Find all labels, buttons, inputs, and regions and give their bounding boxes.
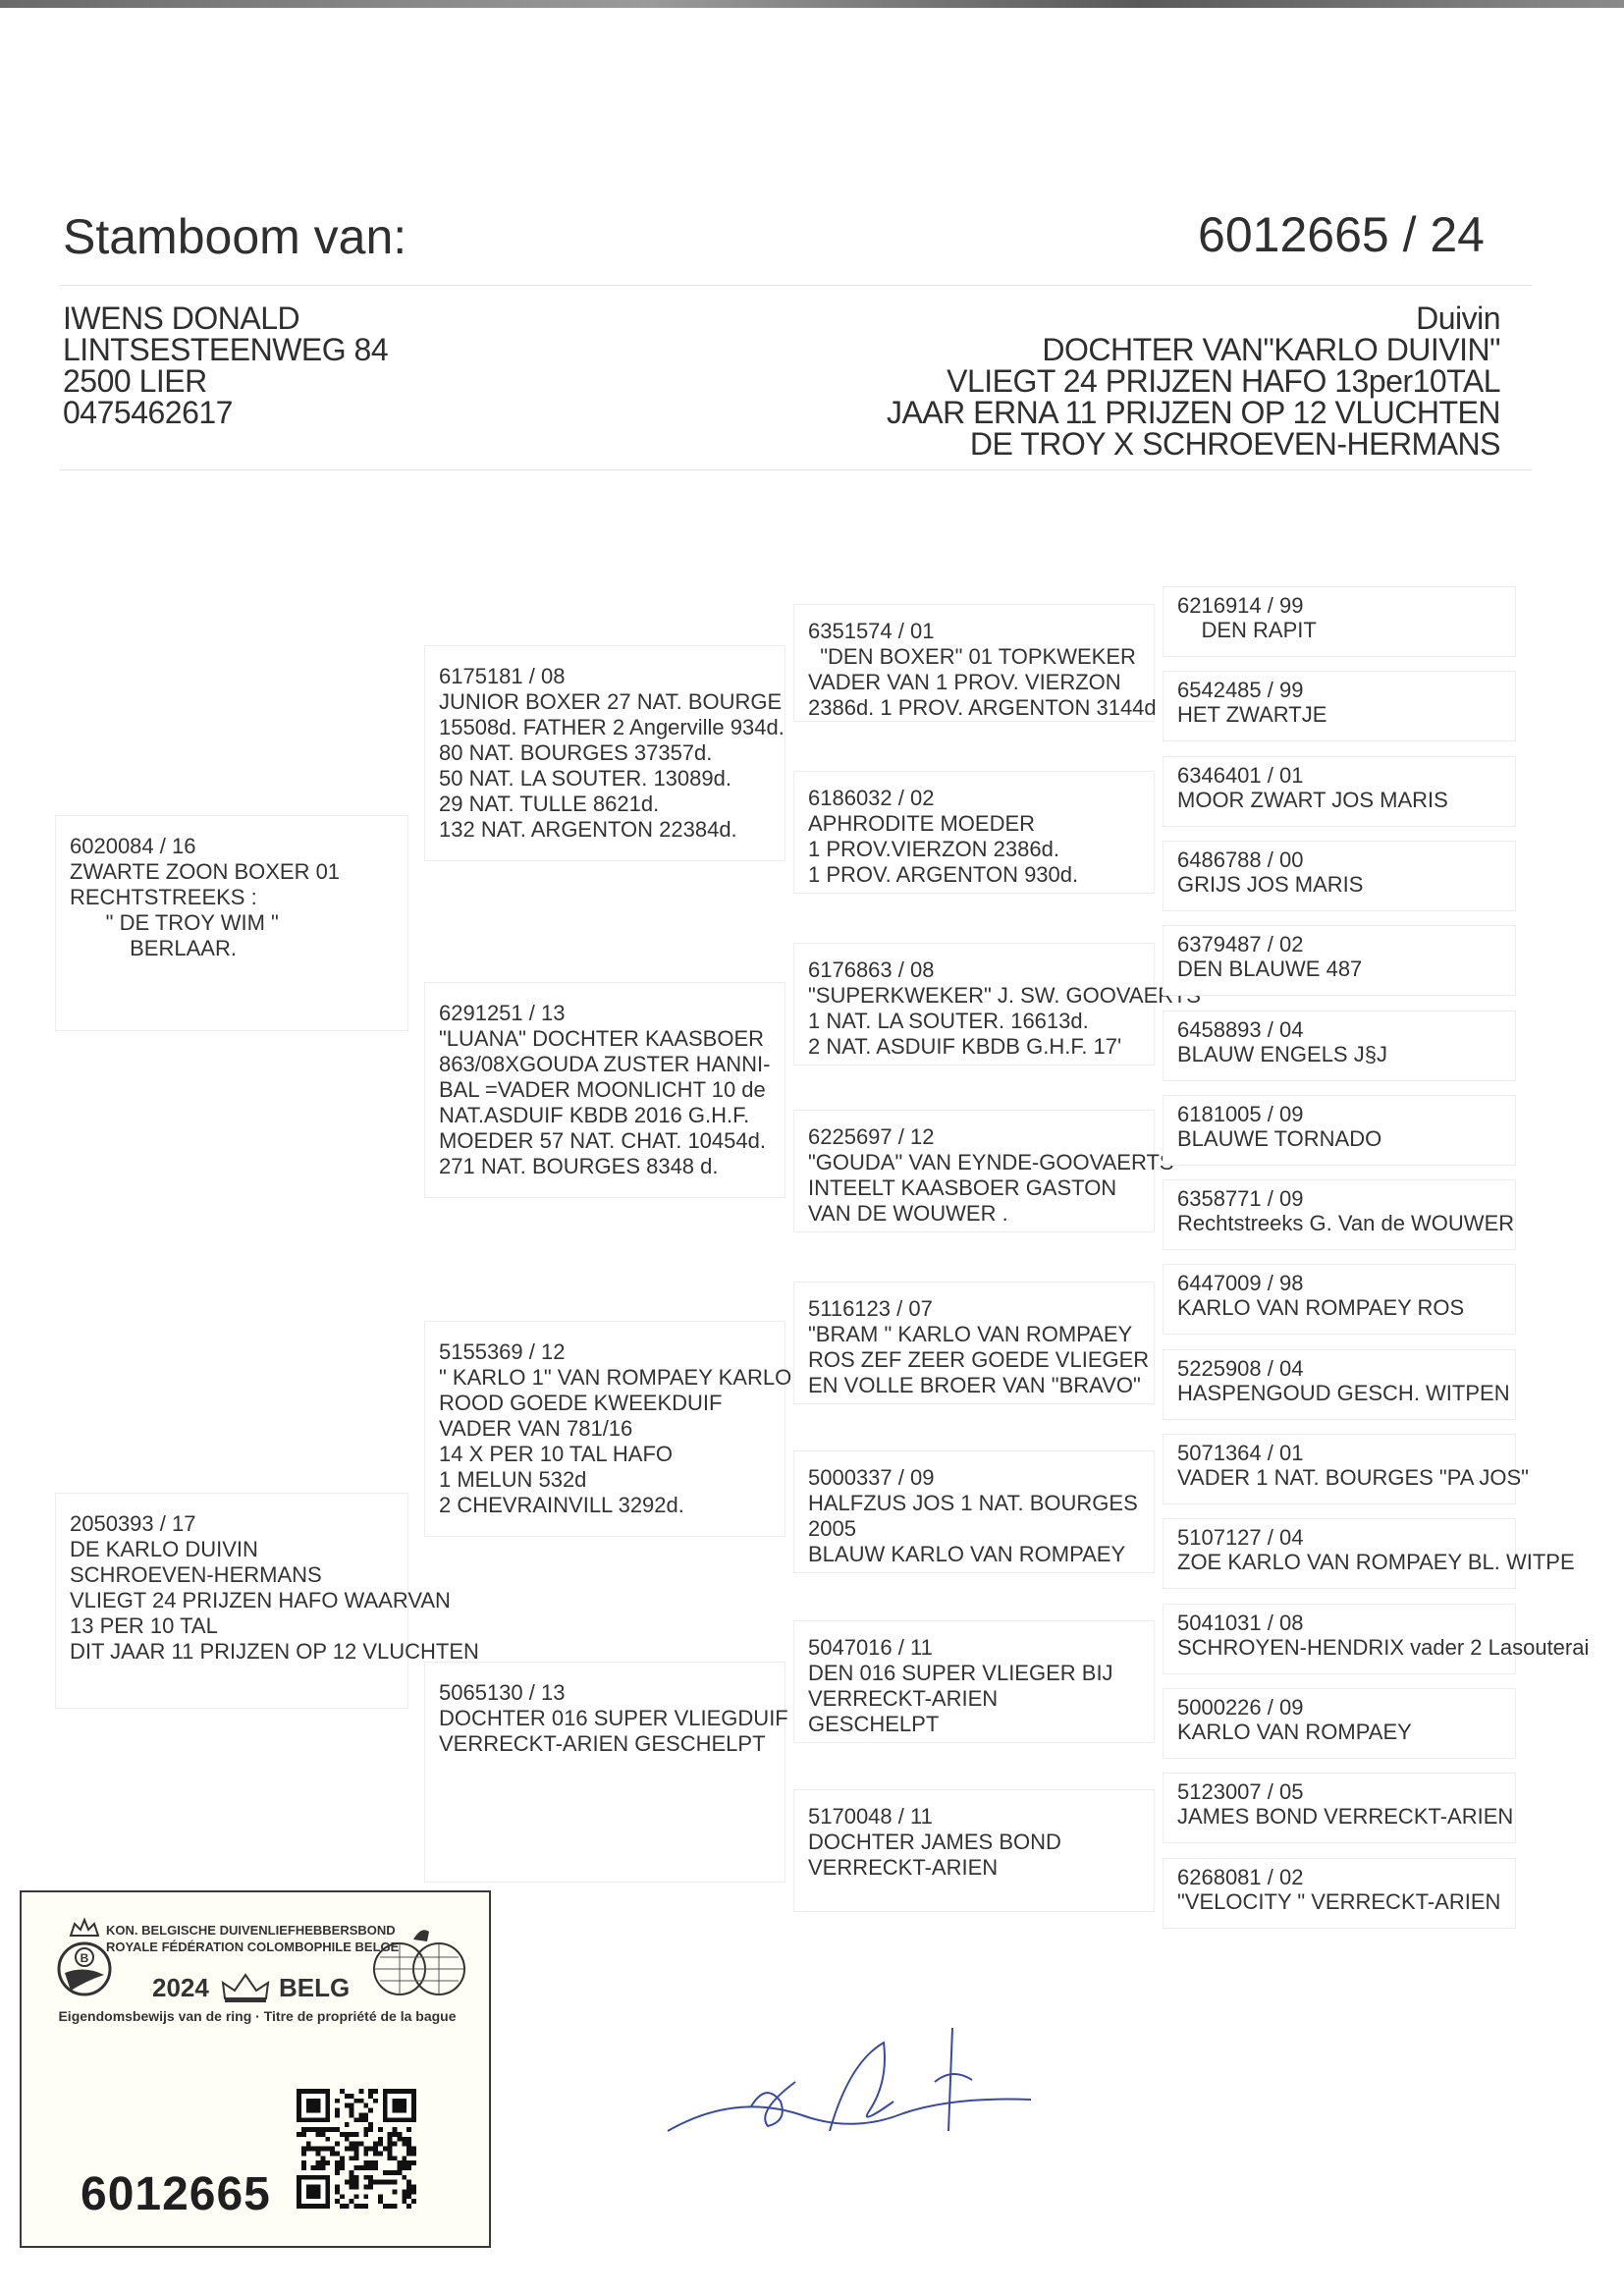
- bird-description: BAL =VADER MOONLICHT 10 de: [439, 1077, 771, 1103]
- pedigree-gen4-entry: 5000226 / 09KARLO VAN ROMPAEY: [1163, 1688, 1516, 1759]
- bird-description: 2005: [808, 1516, 1140, 1542]
- bird-description: KARLO VAN ROMPAEY ROS: [1177, 1295, 1501, 1320]
- bird-description: VERRECKT-ARIEN: [808, 1855, 1140, 1881]
- bird-description: KARLO VAN ROMPAEY: [1177, 1720, 1501, 1744]
- bird-description: BLAUWE TORNADO: [1177, 1126, 1501, 1151]
- ring-number: 6216914 / 99: [1177, 593, 1501, 618]
- ring-number: 5123007 / 05: [1177, 1779, 1501, 1804]
- ring-number: 6176863 / 08: [808, 957, 1140, 983]
- bird-description: MOEDER 57 NAT. CHAT. 10454d.: [439, 1128, 771, 1154]
- bird-description: VERRECKT-ARIEN: [808, 1686, 1140, 1712]
- ring-number: 6358771 / 09: [1177, 1186, 1501, 1211]
- bird-description: 1 MELUN 532d: [439, 1467, 771, 1493]
- ring-number: 5116123 / 07: [808, 1296, 1140, 1322]
- ring-number: 2050393 / 17: [70, 1511, 394, 1537]
- bird-description: SCHROYEN-HENDRIX vader 2 Lasouterai: [1177, 1635, 1501, 1660]
- owner-street: LINTSESTEENWEG 84: [63, 334, 388, 365]
- bird-description: VAN DE WOUWER .: [808, 1201, 1140, 1227]
- bird-description: GRIJS JOS MARIS: [1177, 872, 1501, 897]
- pedigree-gen3-entry: 5047016 / 11DEN 016 SUPER VLIEGER BIJVER…: [793, 1620, 1155, 1743]
- pedigree-gen4-entry: 6486788 / 00GRIJS JOS MARIS: [1163, 841, 1516, 911]
- bird-description: 80 NAT. BOURGES 37357d.: [439, 740, 771, 766]
- subject-line: VLIEGT 24 PRIJZEN HAFO 13per10TAL: [887, 365, 1500, 397]
- ring-number: 5170048 / 11: [808, 1804, 1140, 1830]
- pedigree-gen3-entry: 6186032 / 02APHRODITE MOEDER1 PROV.VIERZ…: [793, 771, 1155, 894]
- bird-description: MOOR ZWART JOS MARIS: [1177, 788, 1501, 812]
- ring-number: 6186032 / 02: [808, 786, 1140, 811]
- bird-description: "LUANA" DOCHTER KAASBOER: [439, 1026, 771, 1052]
- ring-number: 6542485 / 99: [1177, 678, 1501, 702]
- bird-description: JAMES BOND VERRECKT-ARIEN: [1177, 1804, 1501, 1829]
- pedigree-gen2-entry: 5155369 / 12" KARLO 1" VAN ROMPAEY KARLO…: [424, 1321, 785, 1537]
- bird-description: VADER 1 NAT. BOURGES "PA JOS": [1177, 1465, 1501, 1490]
- pedigree-gen2-entry: 6291251 / 13"LUANA" DOCHTER KAASBOER863/…: [424, 982, 785, 1198]
- bird-description: ROOD GOEDE KWEEKDUIF: [439, 1391, 771, 1416]
- pedigree-gen4-entry: 5071364 / 01VADER 1 NAT. BOURGES "PA JOS…: [1163, 1434, 1516, 1504]
- bird-description: Rechtstreeks G. Van de WOUWER: [1177, 1211, 1501, 1235]
- pedigree-gen3-entry: 6176863 / 08"SUPERKWEKER" J. SW. GOOVAER…: [793, 943, 1155, 1066]
- bird-description: 2386d. 1 PROV. ARGENTON 3144d: [808, 695, 1140, 721]
- pedigree-gen4-entry: 6447009 / 98KARLO VAN ROMPAEY ROS: [1163, 1264, 1516, 1335]
- bird-description: VADER VAN 1 PROV. VIERZON: [808, 670, 1140, 695]
- ring-number: 5065130 / 13: [439, 1680, 771, 1706]
- svg-text:B: B: [81, 1951, 89, 1965]
- pedigree-gen4-entry: 5225908 / 04HASPENGOUD GESCH. WITPEN: [1163, 1349, 1516, 1420]
- bird-description: 2 NAT. ASDUIF KBDB G.H.F. 17': [808, 1034, 1140, 1060]
- bird-description: 1 PROV. ARGENTON 930d.: [808, 862, 1140, 888]
- page-title: Stamboom van:: [63, 208, 406, 265]
- ring-number: 6012665: [81, 2167, 271, 2221]
- owner-city: 2500 LIER: [63, 365, 388, 397]
- bird-description: BERLAAR.: [70, 936, 394, 961]
- pedigree-gen4-entry: 6458893 / 04BLAUW ENGELS J§J: [1163, 1011, 1516, 1081]
- bird-description: BLAUW ENGELS J§J: [1177, 1042, 1501, 1066]
- subject-line: DE TROY X SCHROEVEN-HERMANS: [887, 428, 1500, 460]
- bird-description: "DEN BOXER" 01 TOPKWEKER: [808, 644, 1140, 670]
- ring-number: 6268081 / 02: [1177, 1865, 1501, 1889]
- bird-description: BLAUW KARLO VAN ROMPAEY: [808, 1542, 1140, 1567]
- bird-description: DE KARLO DUIVIN: [70, 1537, 394, 1562]
- fci-globe-icon: [370, 1922, 468, 2000]
- scan-edge: [0, 0, 1624, 8]
- pedigree-gen4-entry: 6181005 / 09BLAUWE TORNADO: [1163, 1095, 1516, 1166]
- owner-phone: 0475462617: [63, 397, 388, 428]
- ring-number: 5225908 / 04: [1177, 1356, 1501, 1381]
- ring-number: 6291251 / 13: [439, 1001, 771, 1026]
- pedigree-gen3-entry: 6351574 / 01 "DEN BOXER" 01 TOPKWEKERVAD…: [793, 604, 1155, 722]
- pedigree-gen4-entry: 6379487 / 02DEN BLAUWE 487: [1163, 925, 1516, 996]
- pedigree-gen2-entry: 5065130 / 13DOCHTER 016 SUPER VLIEGDUIFV…: [424, 1662, 785, 1883]
- ring-number: 6447009 / 98: [1177, 1271, 1501, 1295]
- bird-description: DEN 016 SUPER VLIEGER BIJ: [808, 1661, 1140, 1686]
- bird-description: APHRODITE MOEDER: [808, 811, 1140, 837]
- subject-info: Duivin DOCHTER VAN"KARLO DUIVIN" VLIEGT …: [887, 302, 1500, 460]
- pedigree-gen4-entry: 5123007 / 05JAMES BOND VERRECKT-ARIEN: [1163, 1773, 1516, 1843]
- pedigree-gen3-entry: 5170048 / 11DOCHTER JAMES BONDVERRECKT-A…: [793, 1789, 1155, 1912]
- pedigree-gen4-entry: 6268081 / 02"VELOCITY " VERRECKT-ARIEN: [1163, 1858, 1516, 1929]
- subject-sex: Duivin: [887, 302, 1500, 334]
- pedigree-gen4-entry: 5041031 / 08SCHROYEN-HENDRIX vader 2 Las…: [1163, 1604, 1516, 1674]
- pedigree-gen1-entry: 6020084 / 16ZWARTE ZOON BOXER 01RECHTSTR…: [55, 815, 408, 1031]
- bird-description: DEN BLAUWE 487: [1177, 956, 1501, 981]
- ring-number: 6225697 / 12: [808, 1124, 1140, 1150]
- bird-description: "SUPERKWEKER" J. SW. GOOVAERTS: [808, 983, 1140, 1009]
- pedigree-gen3-entry: 5116123 / 07"BRAM " KARLO VAN ROMPAEYROS…: [793, 1282, 1155, 1404]
- ownership-subtitle: Eigendomsbewijs van de ring · Titre de p…: [31, 2008, 483, 2024]
- ring-number: 5000226 / 09: [1177, 1695, 1501, 1720]
- bird-description: " KARLO 1" VAN ROMPAEY KARLO: [439, 1365, 771, 1391]
- ring-number: 6175181 / 08: [439, 664, 771, 689]
- ring-number: 6379487 / 02: [1177, 932, 1501, 956]
- pedigree-gen1-entry: 2050393 / 17DE KARLO DUIVINSCHROEVEN-HER…: [55, 1493, 408, 1709]
- ring-number: 5155369 / 12: [439, 1339, 771, 1365]
- ring-number: 6458893 / 04: [1177, 1017, 1501, 1042]
- ring-number: 5047016 / 11: [808, 1635, 1140, 1661]
- bird-description: 14 X PER 10 TAL HAFO: [439, 1442, 771, 1467]
- bird-description: VERRECKT-ARIEN GESCHELPT: [439, 1731, 771, 1757]
- divider: [59, 469, 1532, 470]
- bird-description: "BRAM " KARLO VAN ROMPAEY: [808, 1322, 1140, 1347]
- qr-code-icon: [297, 2089, 416, 2209]
- owner-name: IWENS DONALD: [63, 302, 388, 334]
- ring-number: 6486788 / 00: [1177, 847, 1501, 872]
- bird-description: "GOUDA" VAN EYNDE-GOOVAERTS: [808, 1150, 1140, 1175]
- bird-description: 271 NAT. BOURGES 8348 d.: [439, 1154, 771, 1179]
- ring-number: 6351574 / 01: [808, 619, 1140, 644]
- pedigree-gen2-entry: 6175181 / 08JUNIOR BOXER 27 NAT. BOURGE1…: [424, 645, 785, 861]
- bird-description: INTEELT KAASBOER GASTON: [808, 1175, 1140, 1201]
- bird-description: HASPENGOUD GESCH. WITPEN: [1177, 1381, 1501, 1405]
- ring-year: 2024: [152, 1973, 209, 2003]
- federation-name: KON. BELGISCHE DUIVENLIEFHEBBERSBOND ROY…: [106, 1922, 399, 1955]
- bird-description: DEN RAPIT: [1177, 618, 1501, 642]
- ring-number: 5107127 / 04: [1177, 1525, 1501, 1550]
- bird-description: "VELOCITY " VERRECKT-ARIEN: [1177, 1889, 1501, 1914]
- subject-line: DOCHTER VAN"KARLO DUIVIN": [887, 334, 1500, 365]
- ring-number: 6020084 / 16: [70, 834, 394, 859]
- bird-description: 1 NAT. LA SOUTER. 16613d.: [808, 1009, 1140, 1034]
- country-code: BELG: [279, 1973, 350, 2003]
- bird-description: HALFZUS JOS 1 NAT. BOURGES: [808, 1491, 1140, 1516]
- ring-number-heading: 6012665 / 24: [1198, 206, 1485, 263]
- pedigree-gen4-entry: 5107127 / 04ZOE KARLO VAN ROMPAEY BL. WI…: [1163, 1518, 1516, 1589]
- bird-description: RECHTSTREEKS :: [70, 885, 394, 910]
- bird-description: HET ZWARTJE: [1177, 702, 1501, 727]
- bird-description: EN VOLLE BROER VAN "BRAVO": [808, 1373, 1140, 1398]
- bird-description: GESCHELPT: [808, 1712, 1140, 1737]
- bird-description: ZWARTE ZOON BOXER 01: [70, 859, 394, 885]
- ring-number: 5041031 / 08: [1177, 1611, 1501, 1635]
- bird-description: 29 NAT. TULLE 8621d.: [439, 792, 771, 817]
- ring-number: 6181005 / 09: [1177, 1102, 1501, 1126]
- bird-description: 863/08XGOUDA ZUSTER HANNI-: [439, 1052, 771, 1077]
- pedigree-gen3-entry: 6225697 / 12"GOUDA" VAN EYNDE-GOOVAERTSI…: [793, 1110, 1155, 1232]
- divider: [59, 285, 1532, 286]
- bird-description: 50 NAT. LA SOUTER. 13089d.: [439, 766, 771, 792]
- pedigree-gen4-entry: 6346401 / 01MOOR ZWART JOS MARIS: [1163, 756, 1516, 827]
- signature-icon: [658, 2023, 1051, 2160]
- pedigree-gen4-entry: 6358771 / 09Rechtstreeks G. Van de WOUWE…: [1163, 1179, 1516, 1250]
- subject-line: JAAR ERNA 11 PRIJZEN OP 12 VLUCHTEN: [887, 397, 1500, 428]
- pedigree-gen3-entry: 5000337 / 09HALFZUS JOS 1 NAT. BOURGES20…: [793, 1450, 1155, 1573]
- crown-icon: [221, 1971, 270, 2004]
- bird-description: JUNIOR BOXER 27 NAT. BOURGE: [439, 689, 771, 715]
- pedigree-gen4-entry: 6216914 / 99 DEN RAPIT: [1163, 586, 1516, 657]
- bird-description: VLIEGT 24 PRIJZEN HAFO WAARVAN: [70, 1588, 394, 1613]
- bird-description: 15508d. FATHER 2 Angerville 934d.: [439, 715, 771, 740]
- bird-description: DOCHTER JAMES BOND: [808, 1830, 1140, 1855]
- bird-description: ZOE KARLO VAN ROMPAEY BL. WITPE: [1177, 1550, 1501, 1574]
- bird-description: 13 PER 10 TAL: [70, 1613, 394, 1639]
- bird-description: 1 PROV.VIERZON 2386d.: [808, 837, 1140, 862]
- bird-description: 2 CHEVRAINVILL 3292d.: [439, 1493, 771, 1518]
- ring-number: 5071364 / 01: [1177, 1441, 1501, 1465]
- ring-number: 6346401 / 01: [1177, 763, 1501, 788]
- bird-description: DOCHTER 016 SUPER VLIEGDUIF: [439, 1706, 771, 1731]
- bird-description: SCHROEVEN-HERMANS: [70, 1562, 394, 1588]
- bird-description: DIT JAAR 11 PRIJZEN OP 12 VLUCHTEN: [70, 1639, 394, 1665]
- owner-info: IWENS DONALD LINTSESTEENWEG 84 2500 LIER…: [63, 302, 388, 428]
- ring-number: 5000337 / 09: [808, 1465, 1140, 1491]
- kbdb-logo-icon: B: [57, 1914, 112, 2002]
- bird-description: VADER VAN 781/16: [439, 1416, 771, 1442]
- bird-description: NAT.ASDUIF KBDB 2016 G.H.F.: [439, 1103, 771, 1128]
- bird-description: " DE TROY WIM ": [70, 910, 394, 936]
- ring-ownership-card: B KON. BELGISCHE DUIVENLIEFHEBBERSBOND R…: [20, 1890, 491, 2248]
- bird-description: 132 NAT. ARGENTON 22384d.: [439, 817, 771, 843]
- bird-description: ROS ZEF ZEER GOEDE VLIEGER: [808, 1347, 1140, 1373]
- pedigree-gen4-entry: 6542485 / 99HET ZWARTJE: [1163, 671, 1516, 741]
